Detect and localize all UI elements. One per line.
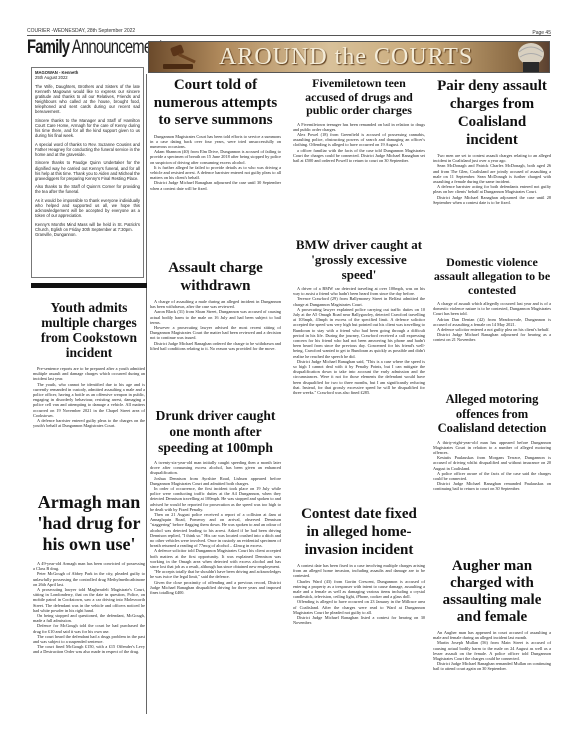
article-paragraph: A prosecuting lawyer told Magherafelt Ma… (33, 587, 145, 613)
article-headline: Alleged motoring offences from Coalislan… (433, 392, 551, 436)
article-paragraph: A defence barrister entered guilty pleas… (33, 418, 145, 428)
article: Contest date fixed in alleged home-invas… (293, 505, 425, 625)
article-headline: Domestic violence assault allegation to … (433, 255, 551, 297)
article-paragraph: Offending is alleged to have occurred on… (293, 599, 425, 615)
article-paragraph: A defence solicitor told Dungannon Magis… (150, 548, 281, 569)
notice-paragraph: Sincere thanks to Paudge Quinn Undertake… (35, 160, 140, 180)
article-paragraph: The youth, who cannot be identified due … (33, 382, 145, 418)
article-paragraph: Terence Crawford (29) from Ballymoney St… (293, 296, 425, 306)
page-header: COURIER -WEDNESDAY, 28th September 2022 … (27, 27, 551, 36)
article-headline: Augher man charged with assaulting male … (433, 558, 551, 626)
article-paragraph: Kestutis Paulauskas from Morgans Terrace… (433, 455, 551, 471)
article-paragraph: Given the close proximity of offending a… (150, 580, 281, 596)
article-paragraph: District Judge Michael Ranaghan remanded… (433, 481, 551, 491)
page-number: Page 45 (532, 30, 551, 36)
article: Drunk driver caught one month after spee… (150, 408, 281, 595)
notice-address: Granville, Dungannon. (35, 232, 140, 237)
article-paragraph: An Augher man has appeared in court accu… (433, 630, 551, 640)
article-headline: Armagh man 'had drug for his own use' (33, 492, 145, 555)
article: Assault charge withdrawn A charge of ass… (150, 260, 281, 351)
article-paragraph: A twenty-six-year-old man initially caug… (150, 460, 281, 476)
article-paragraph: Peter McGough of Abbey Park in the city,… (33, 571, 145, 587)
banner-title: AROUND the COURTS (219, 44, 473, 71)
article-paragraph: The court heard the defendant had a drug… (33, 634, 145, 644)
article-paragraph: Alex Powel (18) from Greenfield is accus… (293, 132, 425, 148)
article-paragraph: Joshua Dennison from Ayrshire Road, Lisb… (150, 476, 281, 486)
column-divider (146, 74, 147, 714)
article: Pair deny assault charges from Coalislan… (433, 77, 551, 205)
article-paragraph: Two men are set to contest assault charg… (433, 153, 551, 163)
gavel-icon (159, 44, 199, 70)
article: Youth admits multiple charges from Cooks… (33, 300, 145, 428)
notice-paragraph: Kenny's Months Mind Mass will be held in… (35, 222, 140, 232)
article-paragraph: Pre-sentence reports are to be prepared … (33, 366, 145, 382)
article-paragraph: In order of occurrence, the first incide… (150, 486, 281, 512)
article: BMW driver caught at 'grossly excessive … (293, 237, 425, 395)
article-paragraph: Then on 21 August police received a repo… (150, 512, 281, 548)
article: Armagh man 'had drug for his own use' A … (33, 492, 145, 655)
article-paragraph: A police officer aware of the facts of t… (433, 471, 551, 481)
article: Court told of numerous attempts to serve… (150, 77, 281, 191)
article-paragraph: A Fivemiletown teenager has been remande… (293, 122, 425, 132)
article-paragraph: District Judge Michael Ranaghan adjourne… (433, 195, 551, 205)
article-paragraph: On being stopped and questioned, the def… (33, 613, 145, 623)
article-paragraph: Defence for McGough told the court he ha… (33, 623, 145, 633)
article: Fivemiletown teen accused of drugs and p… (293, 77, 425, 163)
article-paragraph: District Judge Michael Ranaghan listed a… (293, 615, 425, 625)
notice-paragraph: A special word of thanks to Rev. Suzanne… (35, 142, 140, 157)
around-the-courts-banner: AROUND the COURTS (148, 41, 550, 73)
article-paragraph: A 49-year-old Armagh man has been convic… (33, 561, 145, 571)
article-paragraph: District Judge Michael Ranaghan said, "T… (293, 359, 425, 395)
article-headline: Drunk driver caught one month after spee… (150, 408, 281, 456)
article-paragraph: A prosecuting lawyer explained police ca… (293, 307, 425, 359)
section-title-bold: Family (27, 37, 69, 58)
article-paragraph: A defence barrister acting for both defe… (433, 184, 551, 194)
article-paragraph: The court fined McGough £150, with a £15… (33, 644, 145, 654)
notice-paragraph: The Wife, Daughters, Brothers and Sister… (35, 84, 140, 115)
article-paragraph: Charles Ward (43) from Gortin Crescent, … (293, 579, 425, 600)
article-paragraph: However a prosecuting lawyer advised the… (150, 325, 281, 341)
judge-wig-icon (513, 42, 547, 72)
article-paragraph: Martin Joseph Mullan (56) from Main Stre… (433, 640, 551, 661)
article-paragraph: District Judge Michael Ranaghan adjourne… (433, 332, 551, 342)
article-paragraph: It is further alleged he failed to provi… (150, 165, 281, 181)
article-headline: Contest date fixed in alleged home-invas… (293, 505, 425, 559)
article-paragraph: A charge of assault which allegedly occu… (433, 301, 551, 317)
article-headline: Pair deny assault charges from Coalislan… (433, 77, 551, 149)
article-headline: Assault charge withdrawn (150, 260, 281, 295)
article-paragraph: A contest date has been fixed in a case … (293, 563, 425, 579)
article-paragraph: District Judge Michael Ranaghan ordered … (150, 341, 281, 351)
article-paragraph: Dungannon Magistrates Court has been tol… (150, 134, 281, 150)
article-paragraph: "He accepts totally that he shouldn't ha… (150, 569, 281, 579)
article: Augher man charged with assaulting male … (433, 558, 551, 672)
article-headline: Court told of numerous attempts to serve… (150, 77, 281, 130)
notice-paragraph: Also thanks to the Staff of Quinn's Corn… (35, 184, 140, 194)
article-paragraph: a officer familiar with the facts of the… (293, 148, 425, 164)
publication-date: COURIER -WEDNESDAY, 28th September 2022 (27, 28, 135, 34)
article-headline: Fivemiletown teen accused of drugs and p… (293, 77, 425, 118)
article-paragraph: Aaron Black (31) from Sloan Street, Dung… (150, 309, 281, 325)
article-paragraph: District Judge Michael Ranaghan adjourne… (150, 180, 281, 190)
article-paragraph: A charge of assaulting a male during an … (150, 299, 281, 309)
notice-date: 25th August 2022 (35, 75, 140, 80)
family-notice: MAGOWAN - Kenneth 25th August 2022 The W… (31, 67, 144, 278)
article-paragraph: District Judge Michael Ranaghan remanded… (433, 661, 551, 671)
article-paragraph: A driver of a BMW car detected traveling… (293, 286, 425, 296)
article-headline: Youth admits multiple charges from Cooks… (33, 300, 145, 360)
article-headline: BMW driver caught at 'grossly excessive … (293, 237, 425, 282)
section-divider-bar (31, 283, 147, 288)
article-paragraph: Adam Shannon (40) from Elm Drive, Dungan… (150, 149, 281, 165)
article-paragraph: Sean McDonagh and Patrick Charles McDona… (433, 163, 551, 184)
article-paragraph: A thirty-eight-year-old man has appeared… (433, 440, 551, 456)
notice-paragraph: Sincere thanks to the Manager and Staff … (35, 118, 140, 138)
article-paragraph: Adrian Dan Denian (42) from Meadowvale, … (433, 317, 551, 327)
notice-paragraph: As it would be impossible to thank every… (35, 198, 140, 218)
article: Alleged motoring offences from Coalislan… (433, 392, 551, 492)
article: Domestic violence assault allegation to … (433, 255, 551, 343)
